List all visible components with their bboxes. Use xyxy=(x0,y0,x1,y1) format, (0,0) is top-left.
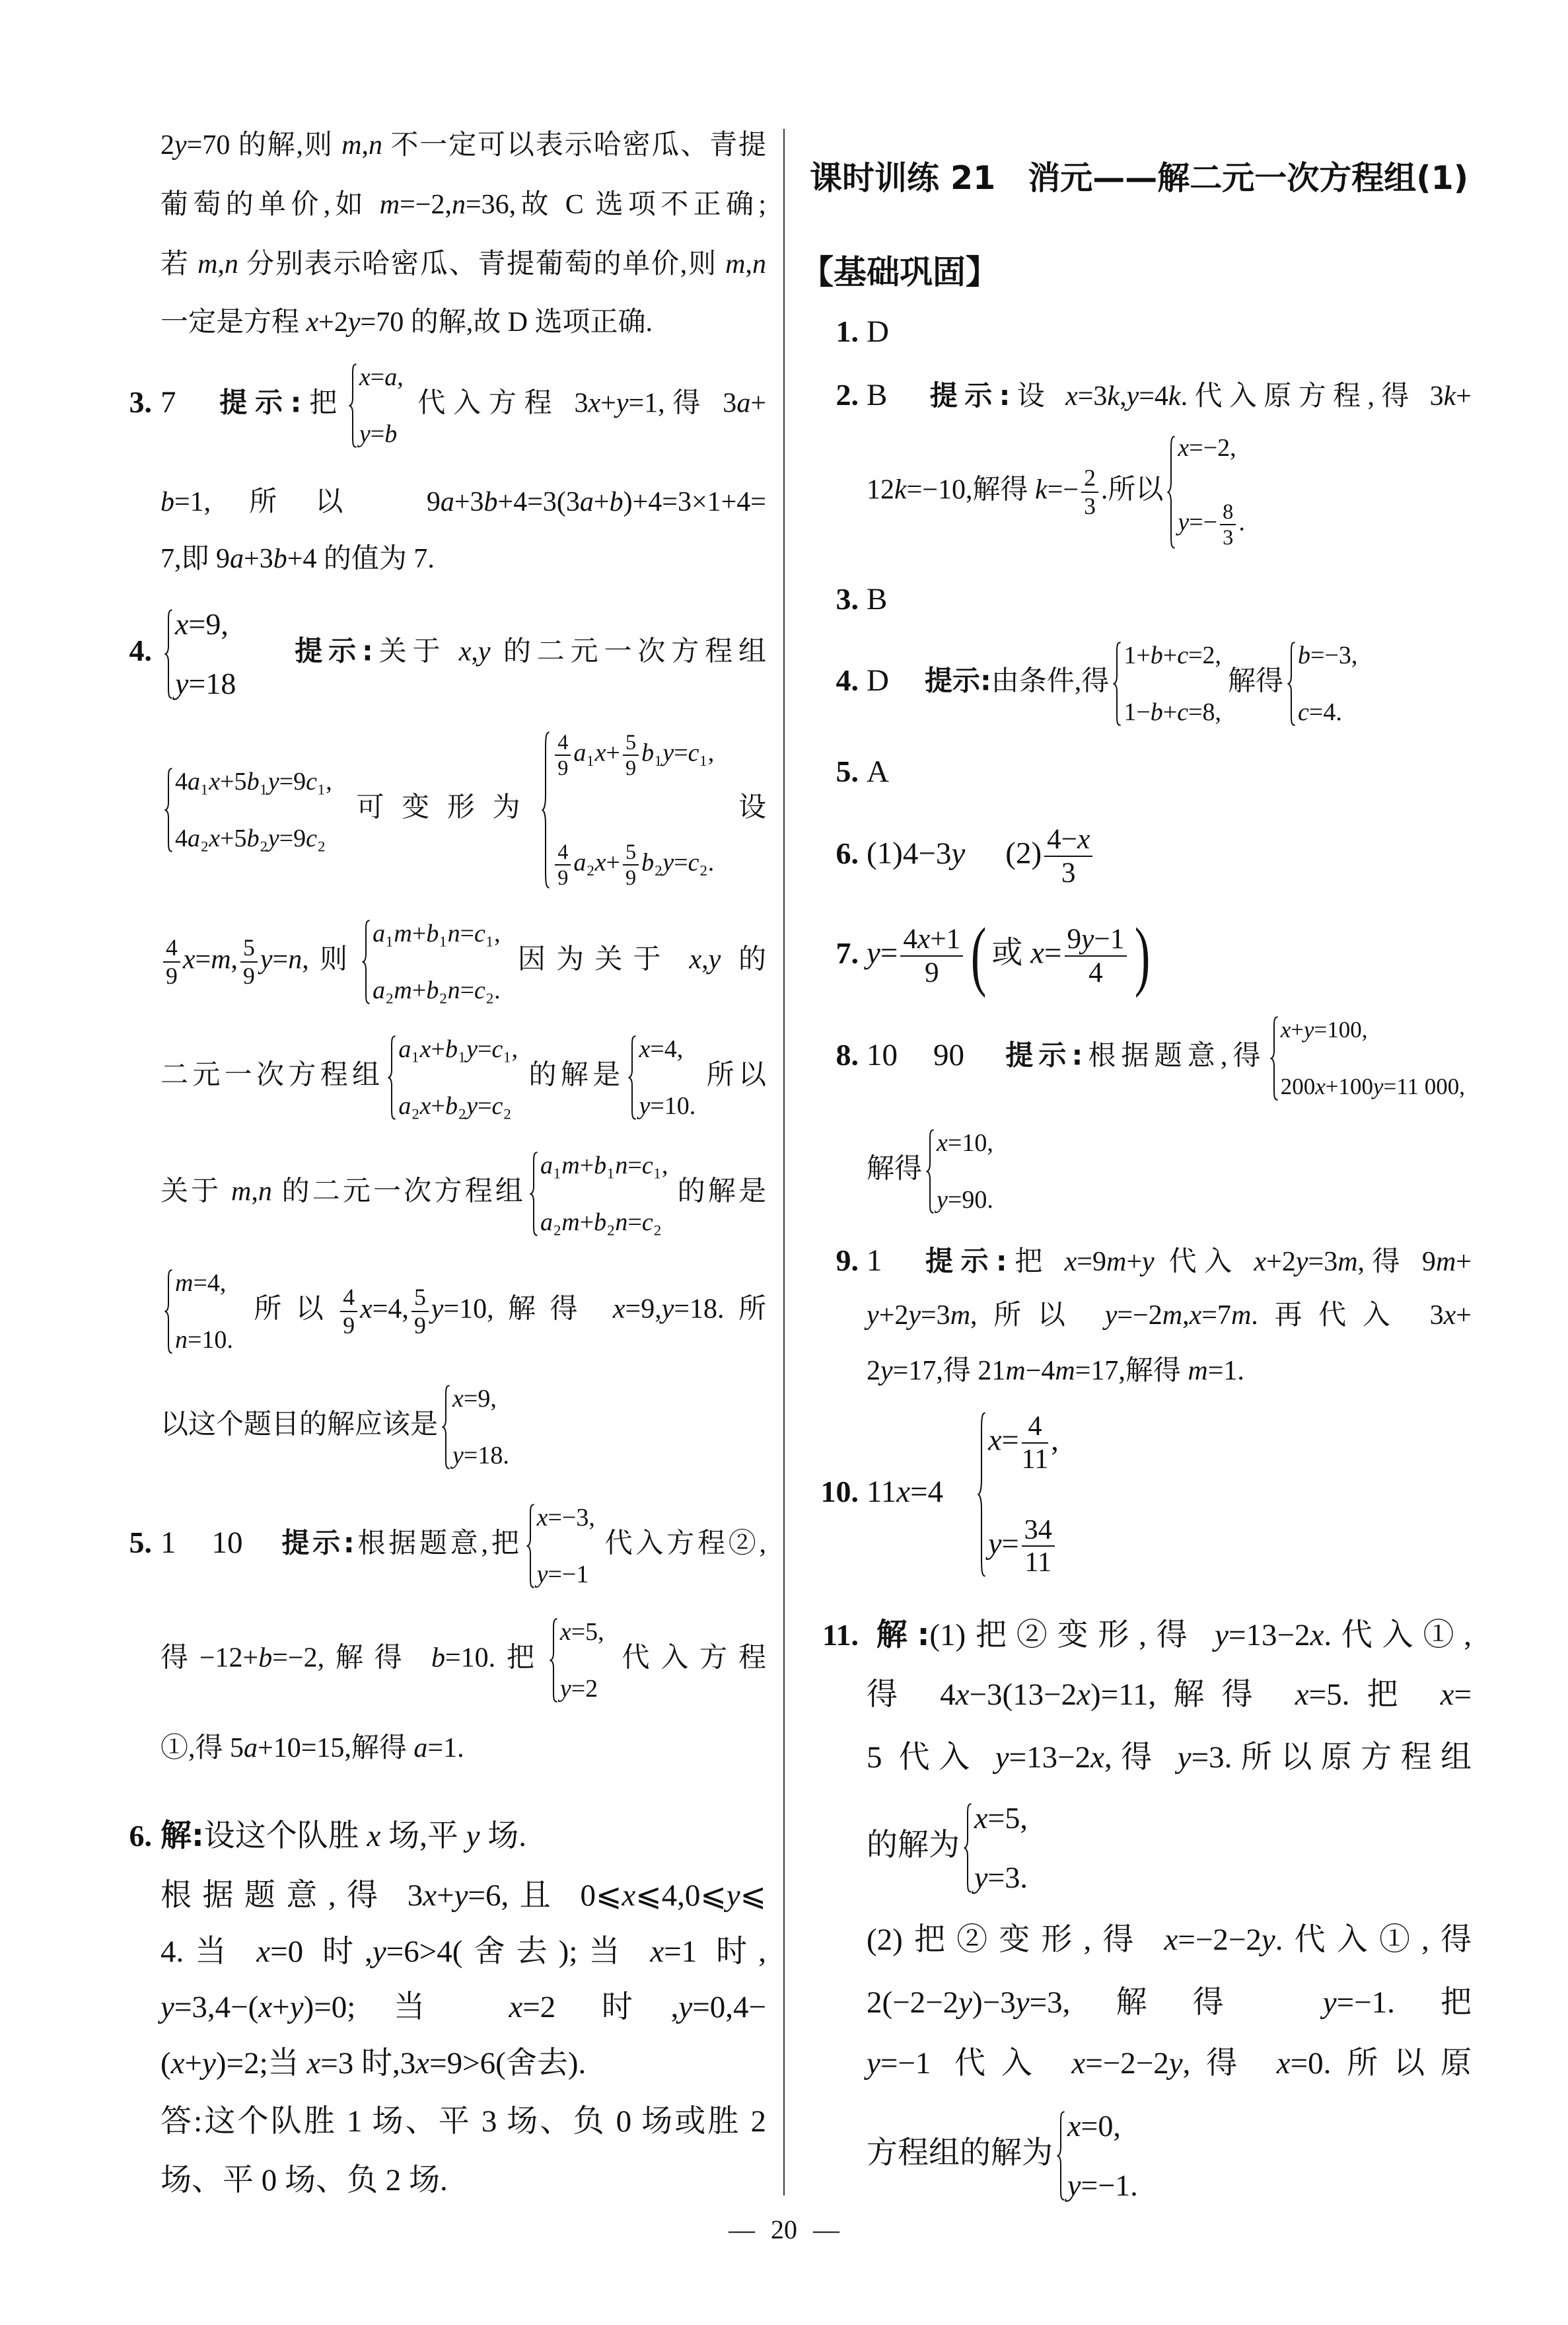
open-paren: ( xyxy=(971,917,986,995)
text: 根据题意,把 xyxy=(355,1529,522,1559)
text-line: 7.y=4x+19(或 x=9y−14) xyxy=(796,917,1472,995)
equation-system: x=10,y=90. xyxy=(925,1129,993,1214)
equation-row: x=a, xyxy=(359,363,404,391)
text-line: 4.D提示:由条件,得1+b+c=2,1−b+c=8,解得b=−3,c=4. xyxy=(796,642,1472,726)
section-label: 【基础巩固】 xyxy=(801,252,1065,292)
text: b₂y=c₂. xyxy=(641,849,714,877)
text-line: 得−12+b=−2,解得 b=10.把x=5,y=2代入方程 xyxy=(160,1618,766,1703)
system-rows: 49a₁x+59b₁y=c₁,49a₂x+59b₂y=c₂. xyxy=(551,731,714,889)
numerator: 4 xyxy=(555,731,571,756)
text: 根据题意,得 xyxy=(1083,1041,1265,1072)
text-line: ①,得 5a+10=15,解得 a=1. xyxy=(160,1732,766,1765)
text-line: 12k=−10,解得 k=−23.所以x=−2,y=−83. xyxy=(867,435,1472,549)
left-brace-icon xyxy=(525,1504,536,1588)
equation-row: y=−1. xyxy=(1067,2170,1138,2201)
text-line: 场、平 0 场、负 2 场. xyxy=(160,2162,766,2199)
equation-row: y=3411 xyxy=(988,1515,1057,1578)
denominator: 11 xyxy=(1022,1444,1049,1475)
close-paren: ) xyxy=(1135,917,1150,995)
text: 把 xyxy=(301,388,344,419)
system-rows: x=−3,y=−1 xyxy=(536,1504,595,1588)
answer: B xyxy=(867,378,887,412)
text: . xyxy=(1238,509,1245,536)
text-line: 11.解:(1)把②变形,得 y=13−2x.代入①, xyxy=(796,1617,1472,1654)
equation-row: x+y=100, xyxy=(1281,1016,1368,1044)
numerator: 4 xyxy=(555,840,571,866)
dash-right: — xyxy=(813,2215,839,2244)
denominator: 3 xyxy=(1044,857,1092,889)
left-brace-icon xyxy=(347,363,358,448)
text-line: 2.B提示:设 x=3k,y=4k.代入原方程,得 3k+ xyxy=(796,377,1472,414)
left-brace-icon xyxy=(548,1618,559,1703)
denominator: 4 xyxy=(1065,957,1127,988)
equation-row: m=4, xyxy=(175,1269,226,1297)
fraction: 49 xyxy=(340,1284,357,1338)
denominator: 3 xyxy=(1220,525,1236,549)
text-line: 2y=70 的解,则 m,n 不一定可以表示哈密瓜、青提 xyxy=(160,129,766,162)
text-line: (2)把②变形,得 x=−2−2y.代入①,得 xyxy=(867,1921,1472,1958)
equation-row: a₁m+b₁n=c₁, xyxy=(540,1152,668,1179)
text-line: 得 4x−3(13−2x)=11,解得 x=5.把 x= xyxy=(867,1676,1472,1713)
text: y= xyxy=(867,936,898,971)
equation-system: a₁m+b₁n=c₁,a₂m+b₂n=c₂. xyxy=(361,920,500,1004)
answer: A xyxy=(867,755,889,789)
system-rows: x=9,y=18. xyxy=(451,1385,509,1469)
item-number: 1. xyxy=(796,313,859,350)
hint-label: 提示: xyxy=(918,1245,1007,1277)
equation-row: 49a₂x+59b₂y=c₂. xyxy=(552,840,714,889)
equation-row: y=3. xyxy=(974,1863,1028,1893)
text: 可变形为 xyxy=(339,793,538,823)
fraction: 49 xyxy=(555,731,571,780)
column-divider xyxy=(783,129,785,2196)
text-line: 葡萄的单价,如 m=−2,n=36,故 C 选项不正确; xyxy=(160,188,766,221)
system-rows: b=−3,c=4. xyxy=(1297,642,1357,726)
equation-row: 49a₁x+59b₁y=c₁, xyxy=(552,731,714,780)
equation-system: x=5,y=3. xyxy=(962,1803,1028,1893)
part-label: (1) xyxy=(867,836,903,871)
denominator: 9 xyxy=(623,866,639,889)
system-rows: x=0,y=−1. xyxy=(1066,2111,1138,2201)
text: 以这个题目的解应该是 xyxy=(160,1410,438,1440)
text-line: 二元一次方程组a₁x+b₁y=c₁,a₂x+b₂y=c₂的解是x=4,y=10.… xyxy=(160,1035,766,1120)
equation-system: a₁m+b₁n=c₁,a₂m+b₂n=c₂ xyxy=(528,1152,668,1236)
text: x= xyxy=(988,1422,1018,1456)
denominator: 11 xyxy=(1022,1547,1055,1578)
equation-row: 4a₁x+5b₁y=9c₁, xyxy=(175,768,332,795)
text: , xyxy=(1051,1422,1059,1456)
left-brace-icon xyxy=(1112,642,1122,726)
text: 代入方程②, xyxy=(602,1529,766,1559)
equation-row: a₁x+b₁y=c₁, xyxy=(398,1035,518,1063)
equation-system: x=4,y=10. xyxy=(627,1035,695,1120)
text-line: 2y=17,得 21m−4m=17,解得 m=1. xyxy=(867,1354,1472,1387)
text: .所以 xyxy=(1101,475,1164,505)
system-rows: x=5,y=3. xyxy=(973,1803,1028,1893)
left-brace-icon xyxy=(386,1035,397,1120)
equation-row: y=10. xyxy=(639,1092,695,1120)
equation-row: 1+b+c=2, xyxy=(1123,642,1221,669)
solution-label: 解: xyxy=(160,1818,204,1854)
item-number: 5. xyxy=(112,1524,152,1561)
text: 12k=−10,解得 k=− xyxy=(867,475,1079,505)
item-number: 8. xyxy=(796,1037,859,1073)
equation-row: x=5, xyxy=(974,1803,1028,1833)
left-brace-icon xyxy=(976,1411,987,1578)
text-line: 49x=m,59y=n,则a₁m+b₁n=c₁,a₂m+b₂n=c₂.因为关于 … xyxy=(160,920,766,1004)
text: 关于 m,n 的二元一次方程组 xyxy=(160,1177,526,1207)
answer: 11x=4 xyxy=(867,1475,943,1509)
hint-label: 提示: xyxy=(289,635,373,667)
equation-row: a₂x+b₂y=c₂ xyxy=(398,1092,511,1120)
text: y=10,解得 x=9,y=18.所 xyxy=(431,1294,766,1325)
system-rows: x=10,y=90. xyxy=(935,1129,993,1214)
lesson-topic: 消元——解二元一次方程组(1) xyxy=(1028,159,1468,197)
text-line: 一定是方程 x+2y=70 的解,故 D 选项正确. xyxy=(160,306,766,339)
fraction: 49 xyxy=(555,840,571,889)
equation-system: m=4,n=10. xyxy=(163,1269,233,1354)
hint-label: 提示: xyxy=(923,379,1010,412)
left-brace-icon xyxy=(361,920,371,1004)
answer: D xyxy=(867,663,889,698)
hint-label: 提示: xyxy=(212,387,302,419)
text: 或 x= xyxy=(991,936,1061,971)
item-number: 11. xyxy=(796,1617,859,1653)
equation-row: 1−b+c=8, xyxy=(1123,698,1221,726)
item-number: 4. xyxy=(796,662,859,698)
equation-row: b=−3, xyxy=(1298,642,1357,669)
equation-row: y=18 xyxy=(175,669,236,699)
text: 关于 x,y 的二元一次方程组 xyxy=(373,637,766,667)
text: 设 xyxy=(721,793,766,823)
equation-row: x=0, xyxy=(1067,2111,1121,2141)
text-line: y=3,4−(x+y)=0;当 x=2 时,y=0,4− xyxy=(160,1989,766,2026)
text: a₁x+ xyxy=(573,739,620,767)
equation-system: 4a₁x+5b₁y=9c₁,4a₂x+5b₂y=9c₂ xyxy=(163,768,332,852)
text: 的解是 xyxy=(674,1177,766,1207)
numerator: 5 xyxy=(240,935,258,963)
text-line: 9.1提示:把 x=9m+y 代入 x+2y=3m,得 9m+ xyxy=(796,1242,1472,1279)
text: y= xyxy=(988,1526,1018,1560)
text-line: 3.B xyxy=(796,581,1472,618)
text-line: 关于 m,n 的二元一次方程组a₁m+b₁n=c₁,a₂m+b₂n=c₂的解是 xyxy=(160,1152,766,1236)
hint-label: 提示: xyxy=(279,1527,355,1559)
fraction: 83 xyxy=(1220,500,1236,549)
denominator: 3 xyxy=(1081,493,1098,519)
text-line: 8.1090提示:根据题意,得x+y=100,200x+100y=11 000, xyxy=(796,1016,1472,1101)
text-line: 以这个题目的解应该是x=9,y=18. xyxy=(160,1385,766,1469)
fraction: 59 xyxy=(411,1284,429,1338)
system-rows: x=−2,y=−83. xyxy=(1176,435,1244,549)
equation-row: y=−1 xyxy=(537,1561,589,1588)
equation-row: x=411, xyxy=(988,1411,1059,1474)
text: 二元一次方程组 xyxy=(160,1060,384,1091)
item-number: 3. xyxy=(796,581,859,617)
equation-row: a₂m+b₂n=c₂. xyxy=(373,977,500,1004)
equation-system: x=−2,y=−83. xyxy=(1166,435,1244,549)
equation-row: x=9, xyxy=(175,609,229,640)
fraction: 59 xyxy=(623,731,639,780)
equation-system: b=−3,c=4. xyxy=(1286,642,1357,726)
system-rows: a₁m+b₁n=c₁,a₂m+b₂n=c₂ xyxy=(539,1152,668,1236)
text-line: 5.A xyxy=(796,753,1472,790)
text: x=m, xyxy=(183,945,238,975)
left-brace-icon xyxy=(163,1269,174,1354)
text-line: 4.当 x=0 时,y=6>4(舍去);当 x=1 时, xyxy=(160,1933,766,1970)
system-rows: a₁x+b₁y=c₁,a₂x+b₂y=c₂ xyxy=(397,1035,518,1120)
fraction: 4−x3 xyxy=(1044,824,1092,888)
text-line: 6.(1)4−3y(2)4−x3 xyxy=(796,824,1472,888)
equation-row: a₁m+b₁n=c₁, xyxy=(373,920,500,947)
fraction: 59 xyxy=(623,840,639,889)
left-brace-icon xyxy=(528,1152,539,1236)
left-brace-icon xyxy=(1286,642,1297,726)
equation-system: 1+b+c=2,1−b+c=8, xyxy=(1112,642,1221,726)
denominator: 9 xyxy=(555,866,571,889)
text-line: 6.解:设这个队胜 x 场,平 y 场. xyxy=(112,1818,766,1855)
text-line: 4a₁x+5b₁y=9c₁,4a₂x+5b₂y=9c₂可变形为49a₁x+59b… xyxy=(160,731,766,889)
left-brace-icon xyxy=(441,1385,451,1469)
equation-row: y=90. xyxy=(937,1186,993,1214)
text: 代入方程 3x+y=1,得 3a+ xyxy=(410,388,766,419)
left-brace-icon xyxy=(925,1129,935,1214)
answer: 90 xyxy=(933,1038,964,1072)
text-line: 解得x=10,y=90. xyxy=(867,1129,1472,1214)
answer-system: x=411,y=3411 xyxy=(976,1411,1059,1578)
equation-row: y=b xyxy=(359,420,397,448)
text: (1)把②变形,得 y=13−2x.代入①, xyxy=(929,1618,1472,1652)
text: b₁y=c₁, xyxy=(641,739,714,767)
numerator: 2 xyxy=(1081,465,1098,493)
item-number: 2. xyxy=(796,377,859,413)
text-line: 答:这个队胜 1 场、平 3 场、负 0 场或胜 2 xyxy=(160,2103,766,2140)
equation-system: x=a,y=b xyxy=(347,363,404,448)
system-rows: x=4,y=10. xyxy=(637,1035,695,1120)
text-line: 3.7提示:把x=a,y=b代入方程 3x+y=1,得 3a+ xyxy=(112,363,766,448)
numerator: 4−x xyxy=(1044,824,1092,857)
text-line: 4.x=9,y=18提示:关于 x,y 的二元一次方程组 xyxy=(112,609,766,699)
equation-row: n=10. xyxy=(175,1326,233,1354)
denominator: 9 xyxy=(163,963,180,989)
fraction: 4x+19 xyxy=(900,924,963,988)
equation-system: x=5,y=2 xyxy=(548,1618,604,1703)
equation-system: a₁x+b₁y=c₁,a₂x+b₂y=c₂ xyxy=(386,1035,518,1120)
denominator: 9 xyxy=(555,756,571,780)
equation-row: y=18. xyxy=(452,1442,509,1469)
text: 所以 xyxy=(240,1294,338,1325)
numerator: 8 xyxy=(1220,500,1236,525)
equation-row: a₂m+b₂n=c₂ xyxy=(540,1208,662,1236)
numerator: 4 xyxy=(340,1284,357,1312)
system-rows: m=4,n=10. xyxy=(174,1269,233,1354)
answer-system: x=9,y=18 xyxy=(163,609,236,699)
item-number: 3. xyxy=(112,384,152,420)
denominator: 9 xyxy=(623,756,639,780)
text-line: 若 m,n 分别表示哈密瓜、青提葡萄的单价,则 m,n xyxy=(160,248,766,281)
equation-system: x=0,y=−1. xyxy=(1055,2111,1138,2201)
item-number: 7. xyxy=(796,935,859,971)
left-brace-icon xyxy=(627,1035,637,1120)
text-line: 根据题意,得 3x+y=6,且 0⩽x⩽4,0⩽y⩽ xyxy=(160,1877,766,1914)
text: 把 x=9m+y 代入 x+2y=3m,得 9m+ xyxy=(1007,1247,1472,1277)
text: 设这个队胜 x 场,平 y 场. xyxy=(204,1819,526,1853)
system-rows: a₁m+b₁n=c₁,a₂m+b₂n=c₂. xyxy=(371,920,500,1004)
equation-row: x=4, xyxy=(639,1035,683,1063)
system-rows: x=9,y=18 xyxy=(174,609,236,699)
system-rows: x=a,y=b xyxy=(358,363,404,448)
fraction: 49 xyxy=(163,935,180,988)
fraction: 9y−14 xyxy=(1065,924,1127,988)
fraction: 59 xyxy=(240,935,258,988)
text: 设 x=3k,y=4k.代入原方程,得 3k+ xyxy=(1010,381,1472,412)
equation-row: x=9, xyxy=(452,1385,497,1413)
numerator: 9y−1 xyxy=(1065,924,1127,957)
equation-row: y=2 xyxy=(560,1675,598,1703)
system-rows: x=411,y=3411 xyxy=(987,1411,1059,1578)
equation-row: y=−83. xyxy=(1178,500,1244,549)
system-rows: x=5,y=2 xyxy=(559,1618,604,1703)
equation-row: 200x+100y=11 000, xyxy=(1281,1073,1465,1101)
text: y=n,则 xyxy=(260,945,358,975)
text-line: y+2y=3m,所以 y=−2m,x=7m.再代入 3x+ xyxy=(867,1299,1472,1332)
text-line: 方程组的解为x=0,y=−1. xyxy=(867,2111,1472,2201)
text-line: 5.110提示:根据题意,把x=−3,y=−1代入方程②, xyxy=(112,1504,766,1588)
left-brace-icon xyxy=(962,1803,973,1893)
system-rows: 4a₁x+5b₁y=9c₁,4a₂x+5b₂y=9c₂ xyxy=(174,768,332,852)
text: 的解是 xyxy=(524,1060,624,1091)
denominator: 9 xyxy=(900,957,963,988)
solution-label: 解: xyxy=(867,1617,929,1653)
text: 方程组的解为 xyxy=(867,2136,1053,2170)
text-line: 2(−2−2y)−3y=3,解得 y=−1.把 xyxy=(867,1984,1472,2021)
text-line: 1.D xyxy=(796,313,1472,350)
hint-label: 提示: xyxy=(925,665,991,697)
equation-row: x=−2, xyxy=(1178,435,1236,461)
denominator: 9 xyxy=(240,963,258,989)
equation-row: 4a₂x+5b₂y=9c₂ xyxy=(175,825,326,852)
denominator: 9 xyxy=(340,1312,357,1339)
system-rows: x+y=100,200x+100y=11 000, xyxy=(1279,1016,1465,1101)
equation-row: x=5, xyxy=(560,1618,604,1646)
equation-system: 49a₁x+59b₁y=c₁,49a₂x+59b₂y=c₂. xyxy=(540,731,714,889)
left-brace-icon xyxy=(163,609,174,699)
fraction: 23 xyxy=(1081,465,1098,519)
equation-row: x=10, xyxy=(937,1129,993,1157)
numerator: 5 xyxy=(623,840,639,866)
text: 解得 xyxy=(867,1154,922,1185)
text: 由条件,得 xyxy=(991,667,1110,697)
answer: 1 xyxy=(867,1243,882,1278)
text: 解得 xyxy=(1228,667,1283,697)
numerator: 4 xyxy=(1022,1411,1049,1444)
item-number: 5. xyxy=(796,753,859,790)
equation-row: c=4. xyxy=(1298,698,1342,726)
answer: B xyxy=(867,582,887,616)
equation-row: x=−3, xyxy=(537,1504,595,1532)
answer: D xyxy=(867,314,889,349)
fraction: 3411 xyxy=(1022,1515,1055,1578)
system-rows: 1+b+c=2,1−b+c=8, xyxy=(1122,642,1221,726)
numerator: 4x+1 xyxy=(900,924,963,957)
item-number: 4. xyxy=(112,632,152,669)
text: 因为关于 x,y 的 xyxy=(507,945,766,975)
item-number: 9. xyxy=(796,1242,859,1278)
text-line: 7,即 9a+3b+4 的值为 7. xyxy=(160,542,766,575)
dash-left: — xyxy=(729,2215,755,2244)
text: y=− xyxy=(1178,509,1217,536)
text-line: 的解为x=5,y=3. xyxy=(867,1803,1472,1893)
left-brace-icon xyxy=(540,731,551,889)
item-number: 6. xyxy=(796,835,859,871)
text-line: 5 代入 y=13−2x,得 y=3.所以原方程组 xyxy=(867,1739,1472,1776)
numerator: 5 xyxy=(411,1284,429,1312)
left-brace-icon xyxy=(1055,2111,1066,2201)
left-brace-icon xyxy=(1269,1016,1279,1101)
item-number: 6. xyxy=(112,1818,152,1854)
equation-system: x=9,y=18. xyxy=(441,1385,509,1469)
answer: 1 xyxy=(160,1526,176,1560)
lesson-number: 课时训练 21 xyxy=(810,159,995,197)
text-line: y=−1 代入 x=−2−2y,得 x=0.所以原 xyxy=(867,2045,1472,2082)
left-brace-icon xyxy=(1166,435,1176,549)
fraction: 411 xyxy=(1022,1411,1049,1474)
text: a₂x+ xyxy=(573,849,620,877)
text-line: (x+y)=2;当 x=3 时,3x=9>6(舍去). xyxy=(160,2045,766,2082)
text: x=4, xyxy=(360,1294,409,1325)
equation-system: x+y=100,200x+100y=11 000, xyxy=(1269,1016,1465,1101)
text-line: b=1,所以 9a+3b+4=3(3a+b)+4=3×1+4= xyxy=(160,486,766,519)
text-line: 10.11x=4x=411,y=3411 xyxy=(796,1411,1472,1578)
answer: 10 xyxy=(867,1038,898,1072)
denominator: 9 xyxy=(411,1312,429,1339)
hint-label: 提示: xyxy=(1000,1039,1083,1072)
answer: 10 xyxy=(212,1526,243,1560)
text: 的解为 xyxy=(867,1828,960,1863)
numerator: 5 xyxy=(623,731,639,756)
part-label: (2) xyxy=(1005,836,1042,871)
text: 所以 xyxy=(702,1060,766,1091)
text: 得−12+b=−2,解得 b=10.把 xyxy=(160,1643,546,1674)
text: 代入方程 xyxy=(611,1643,766,1674)
text-line: m=4,n=10.所以49x=4,59y=10,解得 x=9,y=18.所 xyxy=(160,1269,766,1354)
numerator: 4 xyxy=(163,935,180,963)
answer: 7 xyxy=(160,385,176,420)
equation-system: x=−3,y=−1 xyxy=(525,1504,595,1588)
answer: 4−3y xyxy=(903,836,965,871)
item-number: 10. xyxy=(796,1473,859,1510)
page-number-value: 20 xyxy=(771,2215,797,2244)
numerator: 34 xyxy=(1022,1515,1055,1547)
left-brace-icon xyxy=(163,768,174,852)
